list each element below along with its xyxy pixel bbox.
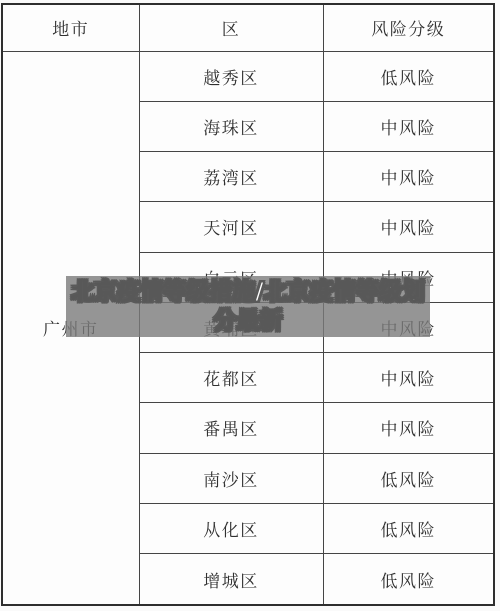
header-risk-level: 风险分级 bbox=[323, 4, 494, 51]
risk-cell: 中风险 bbox=[323, 101, 494, 151]
header-row: 地市 区 风险分级 bbox=[2, 4, 494, 51]
risk-cell: 中风险 bbox=[323, 202, 494, 252]
district-cell: 花都区 bbox=[139, 353, 323, 403]
district-cell: 从化区 bbox=[139, 503, 323, 553]
risk-cell: 中风险 bbox=[323, 403, 494, 453]
risk-cell: 低风险 bbox=[323, 503, 494, 553]
table-header: 地市 区 风险分级 bbox=[2, 4, 494, 51]
risk-cell: 低风险 bbox=[323, 554, 494, 605]
header-district: 区 bbox=[139, 4, 323, 51]
header-city: 地市 bbox=[2, 4, 139, 51]
district-cell: 荔湾区 bbox=[139, 152, 323, 202]
risk-cell: 低风险 bbox=[323, 453, 494, 503]
district-cell: 天河区 bbox=[139, 202, 323, 252]
table-row: 广州市 越秀区 低风险 bbox=[2, 51, 494, 101]
page: { "overlay": { "title": "北京疫情等级措施/北京疫情等级… bbox=[0, 0, 500, 611]
watermark-banner: 北京疫情等级措施/北京疫情等级划分最新 bbox=[66, 276, 430, 337]
watermark-title: 北京疫情等级措施/北京疫情等级划分最新 bbox=[69, 278, 427, 336]
district-cell: 海珠区 bbox=[139, 101, 323, 151]
district-cell: 增城区 bbox=[139, 554, 323, 605]
risk-cell: 中风险 bbox=[323, 353, 494, 403]
risk-cell: 中风险 bbox=[323, 152, 494, 202]
risk-cell: 低风险 bbox=[323, 51, 494, 101]
district-cell: 南沙区 bbox=[139, 453, 323, 503]
district-cell: 番禺区 bbox=[139, 403, 323, 453]
district-cell: 越秀区 bbox=[139, 51, 323, 101]
